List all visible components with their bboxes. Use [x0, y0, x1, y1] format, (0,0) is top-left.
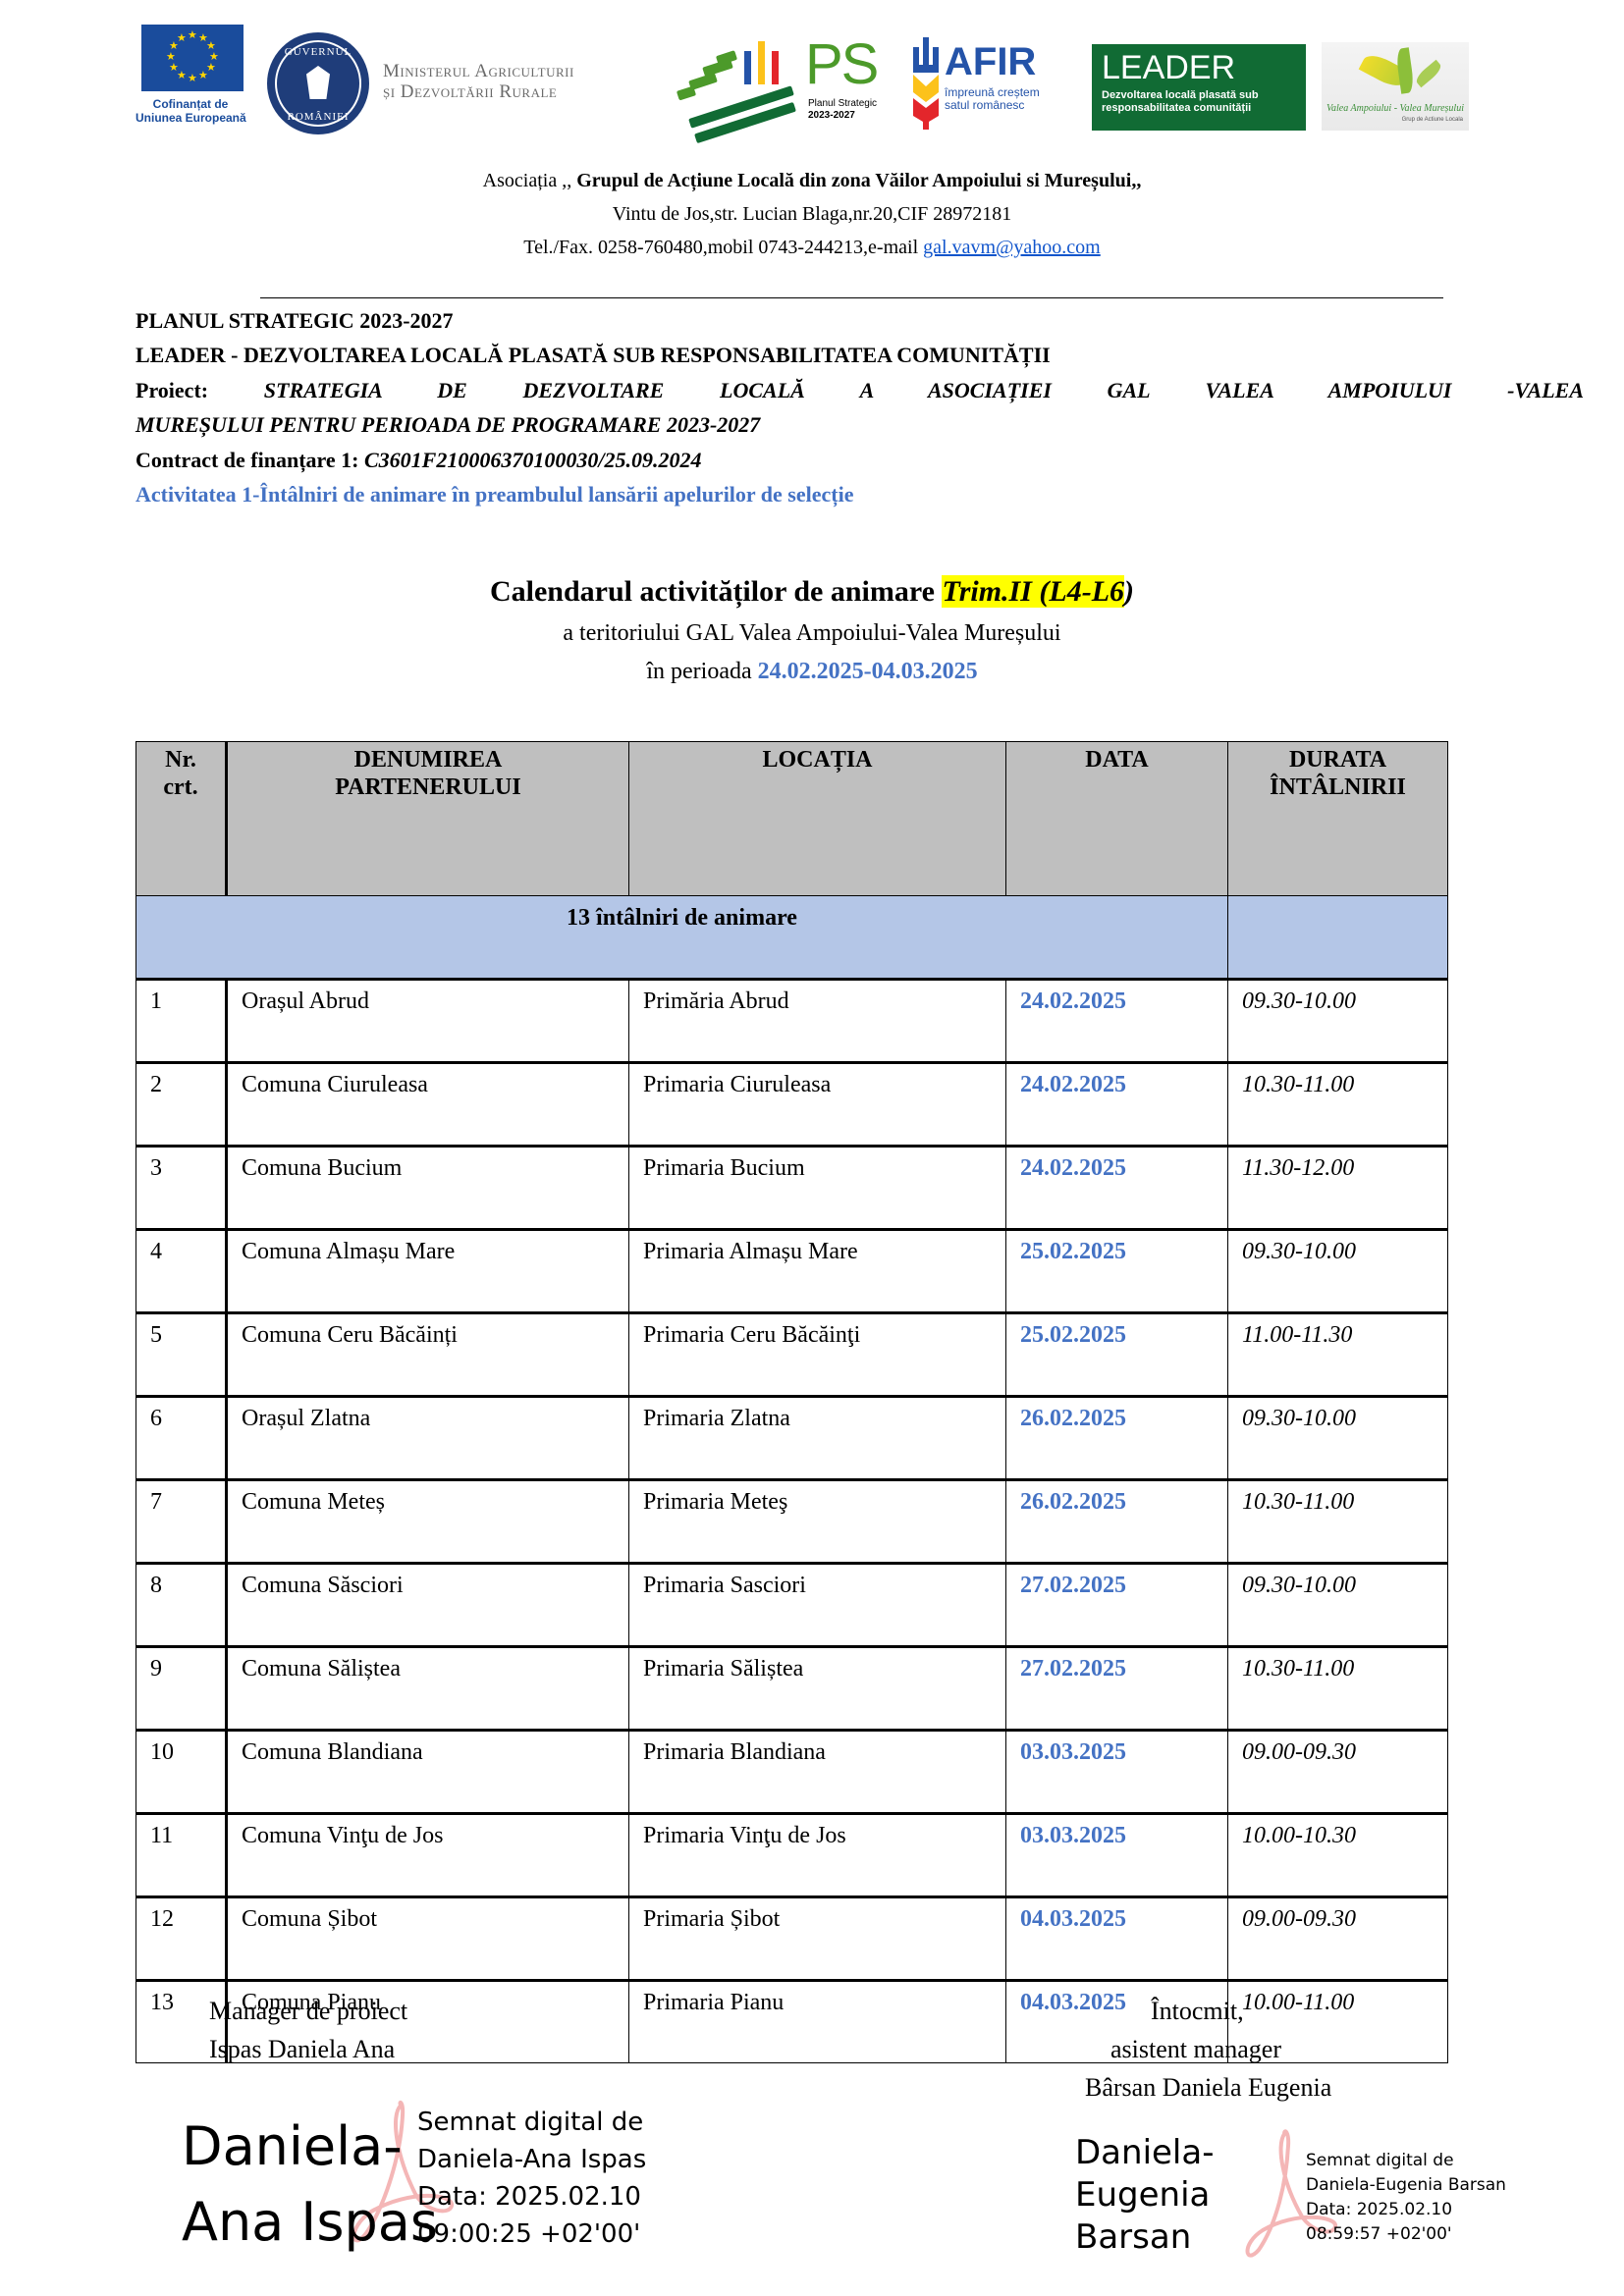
- left-signer-role: Manager de proiect: [209, 1995, 407, 2028]
- ps-letters: PS: [805, 35, 877, 94]
- cell-partner: Comuna Almașu Mare: [227, 1230, 629, 1313]
- cell-nr: 9: [136, 1647, 227, 1731]
- table-row: 1Orașul AbrudPrimăria Abrud24.02.202509.…: [136, 980, 1448, 1063]
- cell-partner: Comuna Bucium: [227, 1147, 629, 1230]
- cell-partner: Comuna Șibot: [227, 1897, 629, 1981]
- quarter-highlight: Trim.II (L4-L6: [942, 575, 1124, 608]
- cell-date: 26.02.2025: [1006, 1480, 1228, 1564]
- cell-location: Primaria Șibot: [629, 1897, 1006, 1981]
- cell-location: Primaria Vinţu de Jos: [629, 1814, 1006, 1897]
- group-row: 13 întâlniri de animare: [136, 896, 1448, 980]
- cell-duration: 09.30-10.00: [1228, 980, 1448, 1063]
- cell-date: 04.03.2025: [1006, 1897, 1228, 1981]
- ministry-logo: Ministerul Agriculturii și Dezvoltării R…: [383, 61, 574, 102]
- table-row: 7Comuna MeteșPrimaria Meteş26.02.202510.…: [136, 1480, 1448, 1564]
- gal-logo: Valea Ampoiului - Valea Mureșului Grup d…: [1322, 42, 1469, 131]
- cell-date: 26.02.2025: [1006, 1397, 1228, 1480]
- activity-title: Activitatea 1-Întâlniri de animare în pr…: [135, 482, 1584, 507]
- cell-duration: 10.30-11.00: [1228, 1480, 1448, 1564]
- cell-duration: 09.30-10.00: [1228, 1230, 1448, 1313]
- project-title-line1: Proiect: STRATEGIA DE DEZVOLTARE LOCALĂ …: [135, 378, 1584, 403]
- cell-location: Primaria Zlatna: [629, 1397, 1006, 1480]
- header-date: DATA: [1006, 742, 1228, 896]
- calendar-period: în perioada 24.02.2025-04.03.2025: [0, 657, 1624, 686]
- association-name: Asociația ,, Grupul de Acțiune Locală di…: [0, 169, 1624, 192]
- cell-partner: Comuna Săsciori: [227, 1564, 629, 1647]
- cell-nr: 3: [136, 1147, 227, 1230]
- cell-date: 27.02.2025: [1006, 1647, 1228, 1731]
- cell-nr: 10: [136, 1731, 227, 1814]
- table-row: 8Comuna SăscioriPrimaria Sasciori27.02.2…: [136, 1564, 1448, 1647]
- cell-partner: Comuna Vinţu de Jos: [227, 1814, 629, 1897]
- header-location: LOCAȚIA: [629, 742, 1006, 896]
- cell-date: 25.02.2025: [1006, 1230, 1228, 1313]
- cell-date: 25.02.2025: [1006, 1313, 1228, 1397]
- left-signature-meta: Semnat digital de Daniela-Ana Ispas Data…: [417, 2104, 646, 2253]
- group-label: 13 întâlniri de animare: [136, 896, 1228, 980]
- calendar-subtitle: a teritoriului GAL Valea Ampoiului-Valea…: [0, 618, 1624, 648]
- cell-location: Primaria Meteş: [629, 1480, 1006, 1564]
- table-header-row: Nr.crt. DENUMIREAPARTENERULUI LOCAȚIA DA…: [136, 742, 1448, 896]
- ps-subtitle: Planul Strategic 2023-2027: [808, 98, 877, 122]
- afir-wheat-icon: [913, 37, 939, 130]
- left-signer-name: Ispas Daniela Ana: [209, 2033, 395, 2066]
- cell-nr: 2: [136, 1063, 227, 1147]
- eu-star-icon: ★: [177, 33, 187, 44]
- cell-date: 27.02.2025: [1006, 1564, 1228, 1647]
- right-signature-meta: Semnat digital de Daniela-Eugenia Barsan…: [1306, 2149, 1506, 2247]
- association-contact: Tel./Fax. 0258-760480,mobil 0743-244213,…: [0, 236, 1624, 259]
- header-partner: DENUMIREAPARTENERULUI: [227, 742, 629, 896]
- cell-nr: 1: [136, 980, 227, 1063]
- table-row: 11Comuna Vinţu de JosPrimaria Vinţu de J…: [136, 1814, 1448, 1897]
- right-signature-name: Daniela- Eugenia Barsan: [1075, 2132, 1214, 2259]
- cell-nr: 11: [136, 1814, 227, 1897]
- eu-star-icon: ★: [166, 52, 176, 63]
- planul-strategic-logo: PS Planul Strategic 2023-2027: [668, 37, 884, 135]
- cell-partner: Comuna Săliștea: [227, 1647, 629, 1731]
- cell-nr: 4: [136, 1230, 227, 1313]
- cell-nr: 7: [136, 1480, 227, 1564]
- table-row: 4Comuna Almașu MarePrimaria Almașu Mare2…: [136, 1230, 1448, 1313]
- cell-date: 24.02.2025: [1006, 1063, 1228, 1147]
- table-row: 9Comuna SălișteaPrimaria Săliștea27.02.2…: [136, 1647, 1448, 1731]
- eu-flag-icon: ★★★★★★★★★★★★: [141, 25, 244, 91]
- header-divider: [260, 297, 1443, 298]
- right-signer-label: Întocmit,: [1151, 1995, 1244, 2028]
- cell-location: Primaria Săliștea: [629, 1647, 1006, 1731]
- association-address: Vintu de Jos,str. Lucian Blaga,nr.20,CIF…: [0, 202, 1624, 226]
- cell-location: Primaria Ceru Băcăinţi: [629, 1313, 1006, 1397]
- eu-cofinancing-logo: ★★★★★★★★★★★★ Cofinanțat de Uniunea Europ…: [141, 25, 245, 131]
- gov-seal-top-text: GUVERNUL: [269, 46, 367, 58]
- cell-partner: Comuna Ceru Băcăinți: [227, 1313, 629, 1397]
- table-row: 6Orașul ZlatnaPrimaria Zlatna26.02.20250…: [136, 1397, 1448, 1480]
- left-signature-name: Daniela- Ana Ispas: [182, 2109, 438, 2260]
- cell-location: Primaria Sasciori: [629, 1564, 1006, 1647]
- cell-partner: Comuna Ciuruleasa: [227, 1063, 629, 1147]
- calendar-title: Calendarul activităților de animare Trim…: [0, 574, 1624, 610]
- animation-calendar-table: Nr.crt. DENUMIREAPARTENERULUI LOCAȚIA DA…: [135, 741, 1448, 2063]
- header-duration: DURATAÎNTÂLNIRII: [1228, 742, 1448, 896]
- cell-partner: Comuna Meteș: [227, 1480, 629, 1564]
- eu-star-icon: ★: [169, 63, 179, 74]
- cell-location: Primaria Pianu: [629, 1981, 1006, 2063]
- cell-nr: 12: [136, 1897, 227, 1981]
- strategic-plan-line: PLANUL STRATEGIC 2023-2027: [135, 308, 1584, 334]
- cell-duration: 11.30-12.00: [1228, 1147, 1448, 1230]
- header-nr: Nr.crt.: [136, 742, 227, 896]
- cell-duration: 10.30-11.00: [1228, 1063, 1448, 1147]
- leader-logo: LEADER Dezvoltarea locală plasată sub re…: [1092, 44, 1306, 131]
- project-title-line2: MUREȘULUI PENTRU PERIOADA DE PROGRAMARE …: [135, 412, 1584, 438]
- cell-duration: 10.30-11.00: [1228, 1647, 1448, 1731]
- cell-location: Primaria Almașu Mare: [629, 1230, 1006, 1313]
- cell-duration: 09.30-10.00: [1228, 1397, 1448, 1480]
- eu-star-icon: ★: [188, 74, 197, 84]
- eu-caption: Cofinanțat de Uniunea Europeană: [135, 97, 245, 125]
- afir-logo: AFIR împreună creștem satul românesc: [913, 37, 1070, 135]
- cell-nr: 6: [136, 1397, 227, 1480]
- cell-location: Primaria Blandiana: [629, 1731, 1006, 1814]
- leader-line: LEADER - DEZVOLTAREA LOCALĂ PLASATĂ SUB …: [135, 343, 1584, 368]
- table-row: 5Comuna Ceru BăcăințiPrimaria Ceru Băcăi…: [136, 1313, 1448, 1397]
- cell-date: 24.02.2025: [1006, 980, 1228, 1063]
- cell-date: 03.03.2025: [1006, 1731, 1228, 1814]
- email-link[interactable]: gal.vavm@yahoo.com: [923, 237, 1101, 258]
- gov-seal-bottom-text: ROMÂNIEI: [269, 111, 367, 123]
- cell-partner: Orașul Zlatna: [227, 1397, 629, 1480]
- cell-duration: 11.00-11.30: [1228, 1313, 1448, 1397]
- eu-star-icon: ★: [198, 71, 208, 81]
- cell-date: 03.03.2025: [1006, 1814, 1228, 1897]
- table-row: 3Comuna BuciumPrimaria Bucium24.02.20251…: [136, 1147, 1448, 1230]
- romanian-government-seal-icon: GUVERNUL ROMÂNIEI: [267, 32, 369, 134]
- right-signer-role: asistent manager: [1110, 2033, 1281, 2066]
- cell-date: 24.02.2025: [1006, 1147, 1228, 1230]
- cell-partner: Comuna Blandiana: [227, 1731, 629, 1814]
- cell-duration: 09.00-09.30: [1228, 1731, 1448, 1814]
- cell-location: Primaria Ciuruleasa: [629, 1063, 1006, 1147]
- cell-nr: 5: [136, 1313, 227, 1397]
- cell-duration: 10.00-10.30: [1228, 1814, 1448, 1897]
- cell-partner: Orașul Abrud: [227, 980, 629, 1063]
- eu-star-icon: ★: [188, 30, 197, 41]
- table-row: 10Comuna BlandianaPrimaria Blandiana03.0…: [136, 1731, 1448, 1814]
- table-row: 2Comuna CiuruleasaPrimaria Ciuruleasa24.…: [136, 1063, 1448, 1147]
- cell-duration: 09.00-09.30: [1228, 1897, 1448, 1981]
- cell-nr: 8: [136, 1564, 227, 1647]
- cell-duration: 09.30-10.00: [1228, 1564, 1448, 1647]
- contract-line: Contract de finanțare 1: C3601F210006370…: [135, 448, 1584, 473]
- cell-location: Primaria Bucium: [629, 1147, 1006, 1230]
- right-signer-name: Bârsan Daniela Eugenia: [1085, 2071, 1331, 2105]
- table-row: 12Comuna ȘibotPrimaria Șibot04.03.202509…: [136, 1897, 1448, 1981]
- cell-location: Primăria Abrud: [629, 980, 1006, 1063]
